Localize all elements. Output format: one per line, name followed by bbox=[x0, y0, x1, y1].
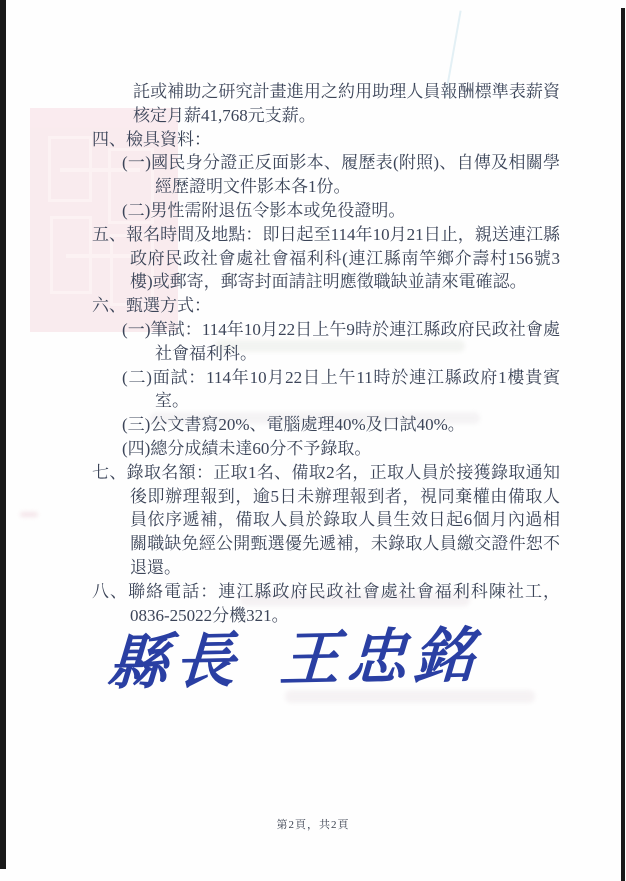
list-item-4: 四、檢具資料： bbox=[0, 128, 560, 152]
sub-text: 公文書寫20%、電腦處理40%及口試40%。 bbox=[150, 415, 464, 434]
item-number: 六、 bbox=[92, 296, 126, 315]
sub-item-6-2: (二)面試：114年10月22日上午11時於連江縣政府1樓貴賓室。 bbox=[0, 366, 560, 414]
item-text: 錄取名額：正取1名、備取2名，正取人員於接獲錄取通知後即辦理報到，逾5日未辦理報… bbox=[127, 463, 560, 577]
list-item-5: 五、報名時間及地點：即日起至114年10月21日止，親送連江縣政府民政社會處社會… bbox=[0, 223, 560, 294]
item-text: 檢具資料： bbox=[126, 130, 211, 149]
scanned-document-page: 託或補助之研究計畫進用之約用助理人員報酬標準表薪資核定月薪41,768元支薪。 … bbox=[0, 0, 626, 881]
list-item-6: 六、甄選方式： bbox=[0, 294, 560, 318]
sub-number: (二) bbox=[122, 201, 150, 220]
item-number: 四、 bbox=[92, 130, 126, 149]
sub-item-4-2: (二)男性需附退伍令影本或免役證明。 bbox=[0, 199, 560, 223]
paragraph-continuation: 託或補助之研究計畫進用之約用助理人員報酬標準表薪資核定月薪41,768元支薪。 bbox=[0, 80, 560, 128]
sub-text: 國民身分證正反面影本、履歷表(附照)、自傳及相關學經歷證明文件影本各1份。 bbox=[151, 153, 560, 196]
magistrate-signature: 縣長 王忠銘 bbox=[106, 608, 450, 701]
sub-text: 面試：114年10月22日上午11時於連江縣政府1樓貴賓室。 bbox=[152, 368, 560, 411]
sub-item-6-4: (四)總分成績未達60分不予錄取。 bbox=[0, 437, 560, 461]
sub-number: (一) bbox=[122, 153, 151, 172]
sub-text: 總分成績未達60分不予錄取。 bbox=[150, 439, 371, 458]
item-number: 八、 bbox=[92, 582, 128, 601]
item-text: 甄選方式： bbox=[126, 296, 211, 315]
sub-text: 筆試：114年10月22日上午9時於連江縣政府民政社會處社會福利科。 bbox=[151, 320, 561, 363]
list-item-7: 七、錄取名額：正取1名、備取2名，正取人員於接獲錄取通知後即辦理報到，逾5日未辦… bbox=[0, 461, 560, 580]
sub-item-6-1: (一)筆試：114年10月22日上午9時於連江縣政府民政社會處社會福利科。 bbox=[0, 318, 560, 366]
document-body: 託或補助之研究計畫進用之約用助理人員報酬標準表薪資核定月薪41,768元支薪。 … bbox=[0, 80, 560, 627]
scan-edge-right bbox=[621, 8, 625, 881]
sub-text: 男性需附退伍令影本或免役證明。 bbox=[150, 201, 405, 220]
sub-number: (四) bbox=[122, 439, 150, 458]
sub-number: (一) bbox=[122, 320, 151, 339]
item-text: 報名時間及地點：即日起至114年10月21日止，親送連江縣政府民政社會處社會福利… bbox=[126, 225, 560, 292]
item-number: 五、 bbox=[92, 225, 126, 244]
sub-number: (三) bbox=[122, 415, 150, 434]
sub-item-4-1: (一)國民身分證正反面影本、履歷表(附照)、自傳及相關學經歷證明文件影本各1份。 bbox=[0, 151, 560, 199]
page-number-footer: 第2頁，共2頁 bbox=[0, 816, 626, 832]
sub-number: (二) bbox=[122, 368, 152, 387]
item-number: 七、 bbox=[92, 463, 127, 482]
sub-item-6-3: (三)公文書寫20%、電腦處理40%及口試40%。 bbox=[0, 413, 560, 437]
